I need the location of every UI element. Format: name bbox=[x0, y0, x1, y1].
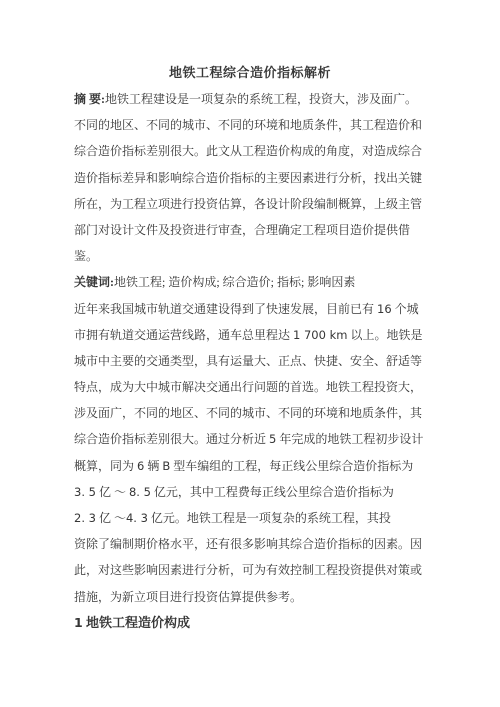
body-line: 2. 3 亿 ～4. 3 亿元。地铁工程是一项复杂的系统工程，其投 bbox=[74, 505, 426, 531]
abstract-label: 摘 要: bbox=[74, 92, 105, 106]
body-line: 3. 5 亿 ～ 8. 5 亿元，其中工程费每正线公里综合造价指标为 bbox=[74, 479, 426, 505]
abstract-line: 不同的地区、不同的城市、不同的环境和地质条件，其工程造价和 bbox=[74, 112, 426, 138]
body-line: 涉及面广，不同的地区、不同的城市、不同的环境和地质条件，其 bbox=[74, 400, 426, 426]
body-line: 综合造价指标差别很大。通过分析近 5 年完成的地铁工程初步设计 bbox=[74, 426, 426, 452]
section-heading: 1 地铁工程造价构成 bbox=[74, 610, 426, 636]
body-line: 概算，同为 6 辆 B 型车编组的工程，每正线公里综合造价指标为 bbox=[74, 453, 426, 479]
abstract-line: 造价指标差异和影响综合造价指标的主要因素进行分析，找出关键 bbox=[74, 165, 426, 191]
document-title: 地铁工程综合造价指标解析 bbox=[74, 60, 426, 86]
keywords-line: 关键词:地铁工程; 造价构成; 综合造价; 指标; 影响因素 bbox=[74, 269, 426, 295]
body-line: 措施，为新立项目进行投资估算提供参考。 bbox=[74, 584, 426, 610]
body-line: 城市中主要的交通类型，具有运量大、正点、快捷、安全、舒适等 bbox=[74, 348, 426, 374]
abstract-text: 地铁工程建设是一项复杂的系统工程，投资大，涉及面广。 bbox=[105, 92, 417, 106]
keywords-label: 关键词: bbox=[74, 275, 114, 289]
abstract-line: 部门对设计文件及投资进行审查，合理确定工程项目造价提供借 bbox=[74, 217, 426, 243]
abstract-line: 所在，为工程立项进行投资估算，各设计阶段编制概算，上级主管 bbox=[74, 191, 426, 217]
body-line: 此，对这些影响因素进行分析，可为有效控制工程投资提供对策或 bbox=[74, 557, 426, 583]
body-line: 资除了编制期价格水平，还有很多影响其综合造价指标的因素。因 bbox=[74, 531, 426, 557]
body-line: 特点，成为大中城市解决交通出行问题的首选。地铁工程投资大， bbox=[74, 374, 426, 400]
document-page: 地铁工程综合造价指标解析 摘 要:地铁工程建设是一项复杂的系统工程，投资大，涉及… bbox=[0, 0, 500, 707]
text-column: 地铁工程综合造价指标解析 摘 要:地铁工程建设是一项复杂的系统工程，投资大，涉及… bbox=[74, 60, 426, 636]
abstract-line: 综合造价指标差别很大。此文从工程造价构成的角度，对造成综合 bbox=[74, 138, 426, 164]
abstract-first-line: 摘 要:地铁工程建设是一项复杂的系统工程，投资大，涉及面广。 bbox=[74, 86, 426, 112]
abstract-line: 鉴。 bbox=[74, 243, 426, 269]
body-line: 市拥有轨道交通运营线路，通车总里程达 1 700 km 以上。地铁是 bbox=[74, 322, 426, 348]
body-line: 近年来我国城市轨道交通建设得到了快速发展，目前已有 16 个城 bbox=[74, 296, 426, 322]
keywords-text: 地铁工程; 造价构成; 综合造价; 指标; 影响因素 bbox=[114, 275, 355, 289]
